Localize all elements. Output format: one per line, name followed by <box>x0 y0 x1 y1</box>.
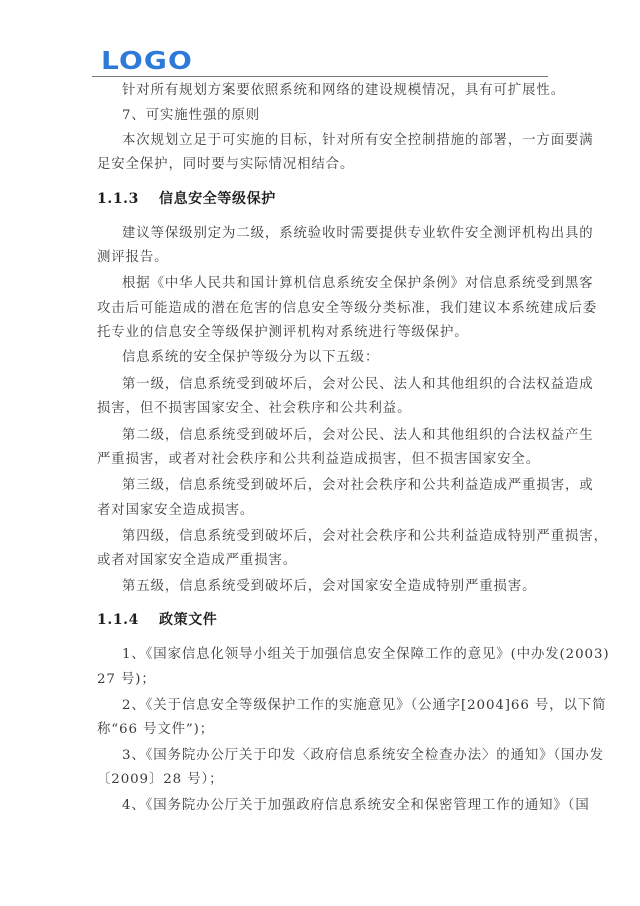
level-3-line: 者对国家安全造成损害。 <box>97 502 547 520</box>
paragraph-line: 攻击后可能造成的潜在危害的信息安全等级分类标准，我们建议本系统建成后委 <box>97 300 547 318</box>
level-4-line: 或者对国家安全造成严重损害。 <box>97 552 547 570</box>
level-5-line: 第五级，信息系统受到破坏后，会对国家安全造成特别严重损害。 <box>122 578 572 596</box>
paragraph-line: 信息系统的安全保护等级分为以下五级： <box>122 349 572 367</box>
level-1-line: 损害，但不损害国家安全、社会秩序和公共利益。 <box>97 400 547 418</box>
paragraph-line: 根据《中华人民共和国计算机信息系统安全保护条例》对信息系统受到黑客 <box>122 275 572 293</box>
policy-item-line: 〔2009〕28 号）； <box>97 771 547 789</box>
policy-item-line: 27 号)； <box>97 671 547 689</box>
level-4-line: 第四级，信息系统受到破坏后，会对社会秩序和公共利益造成特别严重损害， <box>122 528 572 546</box>
paragraph-line: 针对所有规划方案要依照系统和网络的建设规模情况，具有可扩展性。 <box>122 82 572 100</box>
policy-item-line: 2、《关于信息安全等级保护工作的实施意见》（公通字[2004]66 号，以下简 <box>122 697 572 715</box>
paragraph-line: 测评报告。 <box>97 249 547 267</box>
section-heading-1-1-3: 1.1.3信息安全等级保护 <box>97 190 276 208</box>
policy-item-line: 称“66 号文件”)； <box>97 721 547 739</box>
policy-item-line: 3、《国务院办公厅关于印发〈政府信息系统安全检查办法〉的通知》（国办发 <box>122 747 572 765</box>
section-title: 政策文件 <box>159 612 217 628</box>
level-3-line: 第三级，信息系统受到破坏后，会对社会秩序和公共利益造成严重损害，或 <box>122 477 572 495</box>
level-1-line: 第一级，信息系统受到破坏后，会对公民、法人和其他组织的合法权益造成 <box>122 376 572 394</box>
level-2-line: 严重损害，或者对社会秩序和公共利益造成损害，但不损害国家安全。 <box>97 451 547 469</box>
paragraph-line: 托专业的信息安全等级保护测评机构对系统进行等级保护。 <box>97 324 547 342</box>
section-heading-1-1-4: 1.1.4政策文件 <box>97 611 217 629</box>
paragraph-line: 本次规划立足于可实施的目标，针对所有安全控制措施的部署，一方面要满 <box>122 132 572 150</box>
section-number: 1.1.3 <box>97 190 159 208</box>
principle-heading: 7、可实施性强的原则 <box>122 107 572 125</box>
logo: LOGO <box>101 48 193 74</box>
policy-item-line: 1、《国家信息化领导小组关于加强信息安全保障工作的意见》(中办发(2003) <box>122 646 572 664</box>
level-2-line: 第二级，信息系统受到破坏后，会对公民、法人和其他组织的合法权益产生 <box>122 427 572 445</box>
header-divider <box>92 76 548 77</box>
paragraph-line: 足安全保护，同时要与实际情况相结合。 <box>97 156 547 174</box>
paragraph-line: 建议等保级别定为二级，系统验收时需要提供专业软件安全测评机构出具的 <box>122 225 572 243</box>
section-title: 信息安全等级保护 <box>159 191 276 207</box>
policy-item-line: 4、《国务院办公厅关于加强政府信息系统安全和保密管理工作的通知》（国 <box>122 797 572 815</box>
section-number: 1.1.4 <box>97 611 159 629</box>
